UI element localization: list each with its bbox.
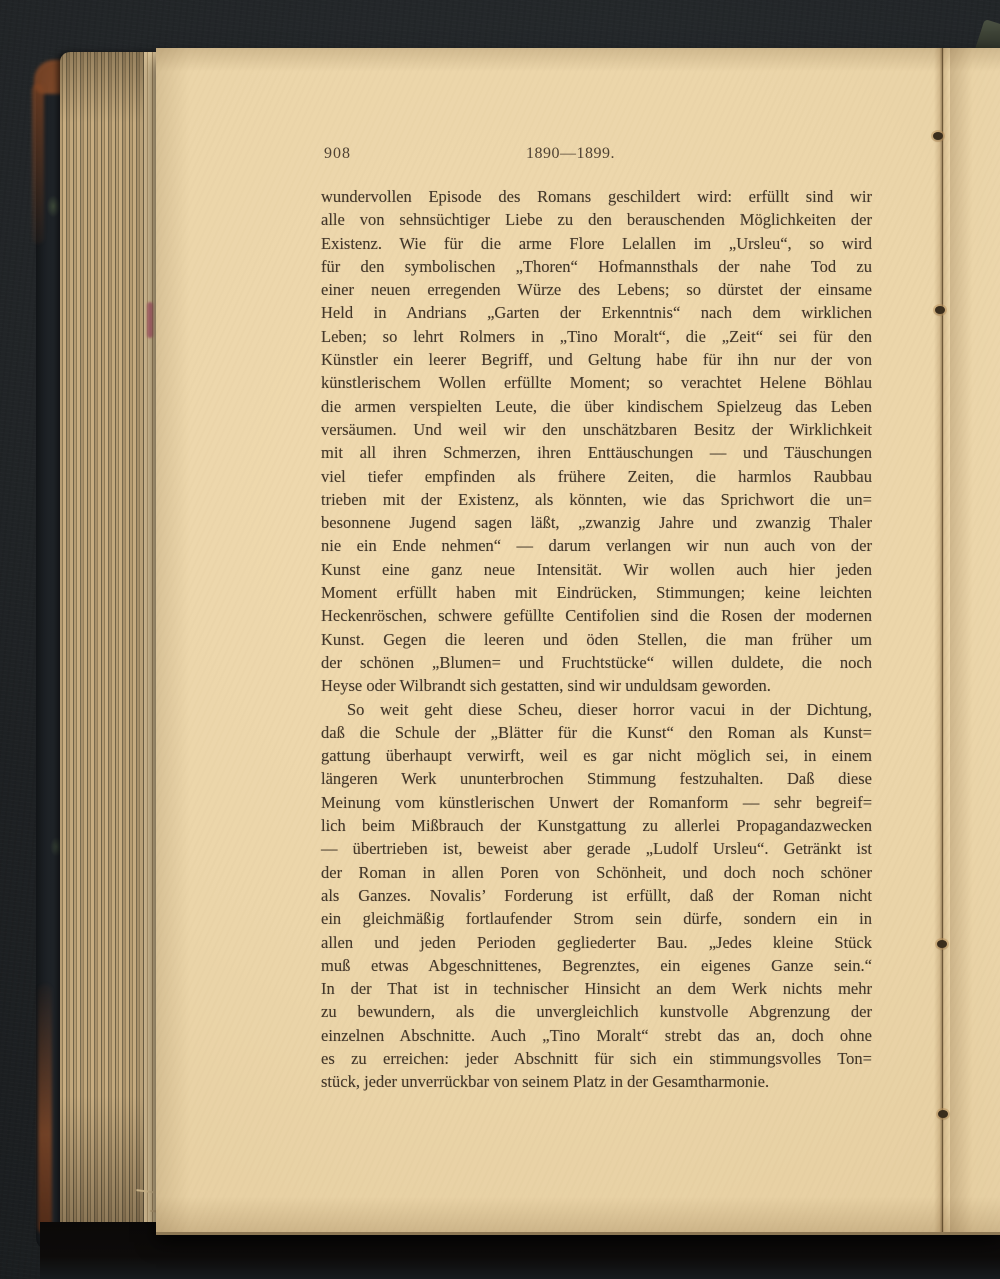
text-line: einzelnen Abschnitte. Auch „Tino Moralt“… — [321, 1024, 872, 1047]
text-line: trieben mit der Existenz, als könnten, w… — [321, 488, 872, 511]
text-line: ein gleichmäßig fortlaufender Strom sein… — [321, 907, 872, 930]
text-line: Kunst. Gegen die leeren und öden Stellen… — [321, 628, 872, 651]
page-text: wundervollen Episode des Romans geschild… — [321, 185, 872, 1094]
cover-wear-mark — [38, 984, 52, 1234]
text-line: viel tiefer empfinden als frühere Zeiten… — [321, 465, 872, 488]
text-line: Künstler ein leerer Begriff, und Geltung… — [321, 348, 872, 371]
text-line: Leben; so lehrt Rolmers in „Tino Moralt“… — [321, 325, 872, 348]
photographed-book: 908 1890—1899. wundervollen Episode des … — [0, 0, 1000, 1279]
fore-edge-page-stack — [60, 52, 162, 1238]
text-line: Meinung vom künstlerischen Unwert der Ro… — [321, 791, 872, 814]
red-ink-mark — [147, 302, 153, 338]
stitch-hole — [938, 1110, 948, 1118]
stitch-hole — [933, 132, 943, 140]
text-line: In der That ist in technischer Hinsicht … — [321, 977, 872, 1000]
text-line: Moment erfüllt haben mit Eindrücken, Sti… — [321, 581, 872, 604]
text-line: für den symbolischen „Thoren“ Hofmannsth… — [321, 255, 872, 278]
text-line: gattung überhaupt verwirft, weil es gar … — [321, 744, 872, 767]
text-line: Kunst eine ganz neue Intensität. Wir wol… — [321, 558, 872, 581]
text-line: einer neuen erregenden Würze des Lebens;… — [321, 278, 872, 301]
text-line: besonnene Jugend sagen läßt, „zwanzig Ja… — [321, 511, 872, 534]
book-page: 908 1890—1899. wundervollen Episode des … — [156, 48, 1000, 1232]
text-line: daß die Schule der „Blätter für die Kuns… — [321, 721, 872, 744]
text-line: Heckenröschen, schwere gefüllte Centifol… — [321, 604, 872, 627]
text-line: zu bewundern, als die unvergleichlich ku… — [321, 1000, 872, 1023]
text-line: lich beim Mißbrauch der Kunstgattung zu … — [321, 814, 872, 837]
text-line: So weit geht diese Scheu, dieser horror … — [321, 698, 872, 721]
text-line: allen und jeden Perioden gegliederter Ba… — [321, 931, 872, 954]
text-line: der schönen „Blumen= und Fruchtstücke“ w… — [321, 651, 872, 674]
text-line: mit all ihren Schmerzen, ihren Enttäusch… — [321, 441, 872, 464]
text-line: künstlerischem Wollen erfüllte Moment; s… — [321, 371, 872, 394]
text-line: die armen verspielten Leute, die über ki… — [321, 395, 872, 418]
text-line: längeren Werk ununterbrochen Stimmung fe… — [321, 767, 872, 790]
text-line: wundervollen Episode des Romans geschild… — [321, 185, 872, 208]
text-line: alle von sehnsüchtiger Liebe zu den bera… — [321, 208, 872, 231]
text-line: Heyse oder Wilbrandt sich gestatten, sin… — [321, 674, 872, 697]
stitch-hole — [937, 940, 947, 948]
text-line: der Roman in allen Poren von Schönheit, … — [321, 861, 872, 884]
gutter-crease — [934, 48, 950, 1232]
text-line: Held in Andrians „Garten der Erkenntnis“… — [321, 301, 872, 324]
text-line: versäumen. Und weil wir den unschätzbare… — [321, 418, 872, 441]
text-line: es zu erreichen: jeder Abschnitt für sic… — [321, 1047, 872, 1070]
text-line: als Ganzes. Novalis’ Forderung ist erfül… — [321, 884, 872, 907]
text-line: nie ein Ende nehmen“ — darum verlangen w… — [321, 534, 872, 557]
cover-wear-mark — [32, 84, 44, 244]
facing-page-sliver — [950, 48, 1000, 1232]
running-header: 1890—1899. — [295, 145, 846, 163]
text-line: — übertrieben ist, beweist aber gerade „… — [321, 837, 872, 860]
text-line: Existenz. Wie für die arme Flore Lelalle… — [321, 232, 872, 255]
stitch-hole — [935, 306, 945, 314]
text-line: muß etwas Abgeschnittenes, Begrenztes, e… — [321, 954, 872, 977]
text-line: stück, jeder unverrückbar von seinem Pla… — [321, 1070, 872, 1093]
